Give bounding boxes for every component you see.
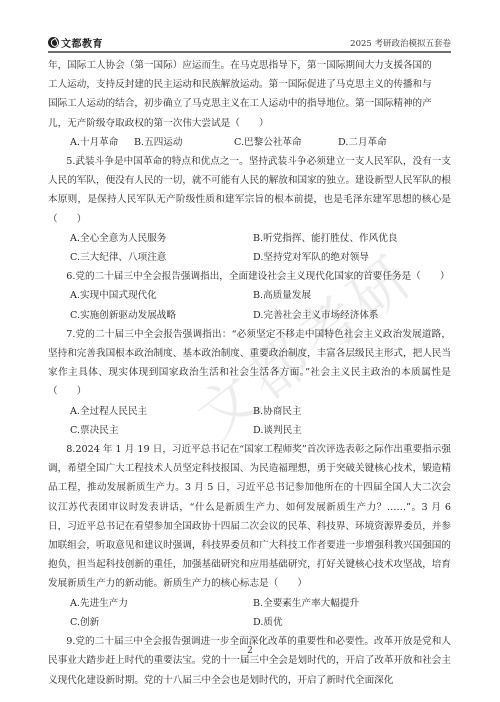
q6-options: A.实现中国式现代化 B.高质量发展 C.实施创新驱动发展战略 D.完善社会主义… bbox=[48, 286, 451, 324]
page-content: 年，国际工人协会（第一国际）应运而生。在马克思指导下，第一国际期间大力支援各国的… bbox=[48, 56, 451, 690]
q4-line-4: 儿，无产阶级夺取政权的第一次伟大尝试是（ ） bbox=[48, 114, 451, 133]
q6-option-b[interactable]: B.高质量发展 bbox=[253, 286, 453, 305]
question-6: 6.党的二十届三中全会报告强调指出，全面建设社会主义现代化国家的首要任务是（ ） bbox=[48, 267, 451, 286]
q5-option-a[interactable]: A.全心全意为人民服务 bbox=[70, 229, 253, 248]
q7-option-b[interactable]: B.协商民主 bbox=[253, 402, 453, 421]
q8-options: A.先进生产力 B.全要素生产率大幅提升 C.创新 D.质优 bbox=[48, 594, 451, 632]
q5-option-d[interactable]: D.坚持党对军队的绝对领导 bbox=[253, 248, 453, 267]
q6-option-c[interactable]: C.实施创新驱动发展战略 bbox=[70, 306, 253, 325]
q4-option-c[interactable]: C.巴黎公社革命 bbox=[234, 133, 338, 152]
page-header: 文都教育 2025 考研政治模拟五套卷 bbox=[48, 35, 451, 51]
q4-option-b[interactable]: B.五四运动 bbox=[134, 133, 234, 152]
q6-option-a[interactable]: A.实现中国式现代化 bbox=[70, 286, 253, 305]
logo-icon bbox=[48, 37, 59, 48]
document-title: 2025 考研政治模拟五套卷 bbox=[350, 37, 451, 49]
q4-line-2: 工人运动，支持反封建的民主运动和民族解放运动。第一国际促进了马克思主义的传播和与 bbox=[48, 75, 451, 94]
q8-option-b[interactable]: B.全要素生产率大幅提升 bbox=[253, 594, 453, 613]
q6-option-d[interactable]: D.完善社会主义市场经济体系 bbox=[253, 306, 453, 325]
logo-text: 文都教育 bbox=[61, 35, 103, 50]
question-8: 8.2024 年 1 月 19 日，习近平总书记在“国家工程师奖”首次评选表彰之… bbox=[48, 440, 451, 594]
q8-option-a[interactable]: A.先进生产力 bbox=[70, 594, 253, 613]
q8-option-d[interactable]: D.质优 bbox=[253, 613, 453, 632]
header-divider bbox=[48, 51, 451, 53]
question-9: 9.党的二十届三中全会报告强调进一步全面深化改革的重要性和必要性。改革开放是党和… bbox=[48, 632, 451, 690]
q5-option-c[interactable]: C.三大纪律、八项注意 bbox=[70, 248, 253, 267]
page-number: 2 bbox=[0, 646, 500, 656]
q5-options: A.全心全意为人民服务 B.听党指挥、能打胜仗、作风优良 C.三大纪律、八项注意… bbox=[48, 229, 451, 267]
question-7: 7.党的二十届三中全会报告强调指出：“必须坚定不移走中国特色社会主义政治发展道路… bbox=[48, 325, 451, 402]
logo: 文都教育 bbox=[48, 35, 103, 50]
q7-option-c[interactable]: C.票决民主 bbox=[70, 421, 253, 440]
q4-option-a[interactable]: A.十月革命 bbox=[70, 133, 134, 152]
question-5: 5.武装斗争是中国革命的特点和优点之一。坚持武装斗争必须建立一支人民军队，没有一… bbox=[48, 152, 451, 229]
q5-option-b[interactable]: B.听党指挥、能打胜仗、作风优良 bbox=[253, 229, 453, 248]
q7-options: A.全过程人民民主 B.协商民主 C.票决民主 D.谈判民主 bbox=[48, 402, 451, 440]
q4-line-3: 国际工人运动的结合，初步确立了马克思主义在工人运动中的指导地位。第一国际精神的产 bbox=[48, 94, 451, 113]
q8-option-c[interactable]: C.创新 bbox=[70, 613, 253, 632]
q4-option-d[interactable]: D.二月革命 bbox=[338, 133, 387, 152]
q7-option-d[interactable]: D.谈判民主 bbox=[253, 421, 453, 440]
q4-line-1: 年，国际工人协会（第一国际）应运而生。在马克思指导下，第一国际期间大力支援各国的 bbox=[48, 56, 451, 75]
q7-option-a[interactable]: A.全过程人民民主 bbox=[70, 402, 253, 421]
q4-options: A.十月革命 B.五四运动 C.巴黎公社革命 D.二月革命 bbox=[48, 133, 451, 152]
